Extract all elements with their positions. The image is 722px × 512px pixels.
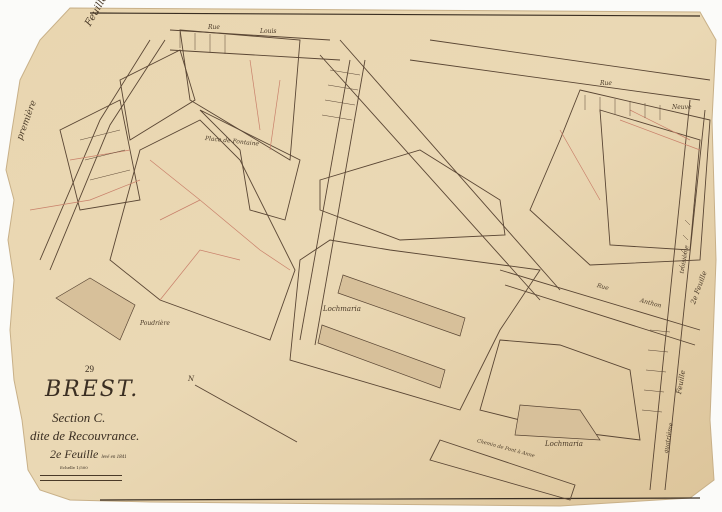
label-rue-right: Rue	[600, 80, 612, 87]
label-lochmaria-2: Lochmaria	[545, 440, 583, 448]
label-lochmaria-1: Lochmaria	[323, 305, 361, 313]
sheet-number: 29	[85, 364, 94, 374]
sheet-text: 2e Feuille	[50, 447, 98, 461]
section-title: Section C.	[52, 410, 105, 426]
label-poudriere: Poudrière	[140, 320, 170, 327]
city-title: BREST.	[45, 377, 139, 402]
label-rue-top: Rue	[208, 24, 220, 31]
label-rue-top-name: Louis	[260, 28, 276, 35]
scale-label: Echelle 1/500	[60, 465, 88, 470]
cadastral-map-sheet: Feuille première Rue Louis Place de Font…	[0, 0, 722, 512]
sheet-label: 2e Feuillelevé en 1841	[50, 447, 127, 462]
scale-bar	[40, 475, 122, 481]
label-rue-right-name: Neuve	[672, 104, 692, 111]
section-name: dite de Recouvrance.	[30, 428, 139, 444]
sheet-note: levé en 1841	[101, 455, 126, 460]
north-arrow-label: N	[188, 375, 194, 383]
